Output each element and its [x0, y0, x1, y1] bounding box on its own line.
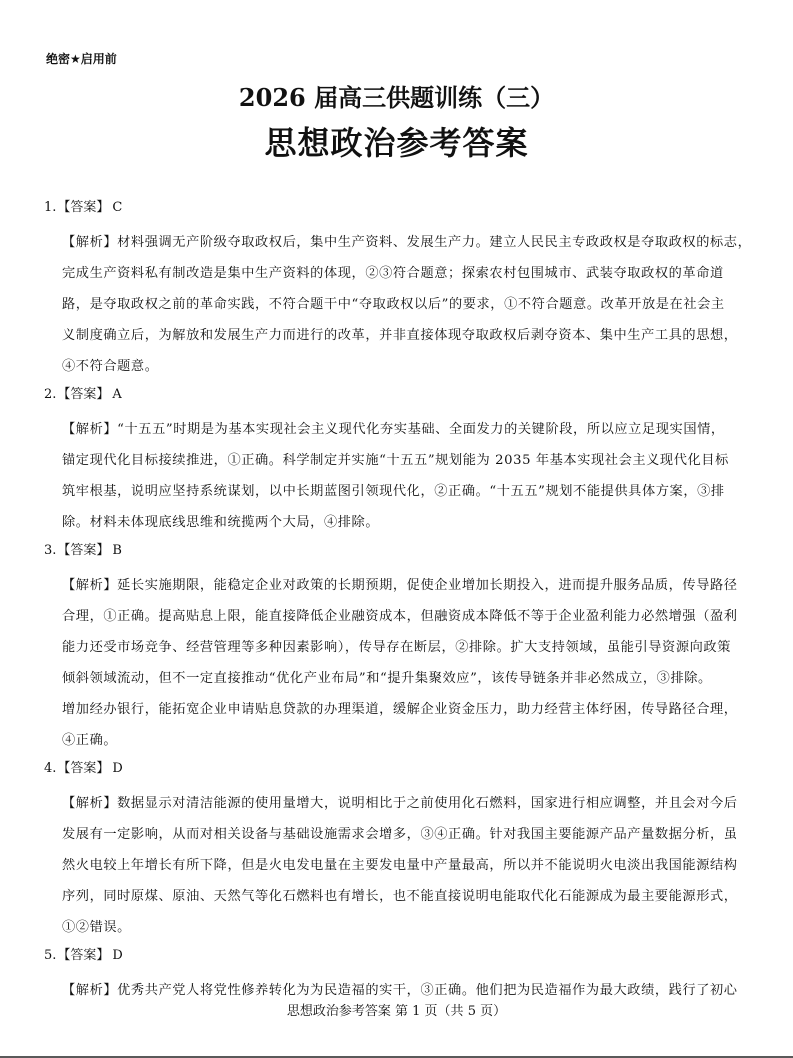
analysis-line: 锚定现代化目标接续推进，①正确。科学制定并实施“十五五”规划能为 2035 年基…: [62, 445, 751, 476]
question-item: 1.【答案】C 【解析】材料强调无产阶级夺取政权后，集中生产资料、发展生产力。建…: [0, 195, 793, 382]
analysis-line: 发展有一定影响，从而对相关设备与基础设施需求会增多，③④正确。针对我国主要能源产…: [62, 819, 751, 850]
question-number: 1.: [44, 200, 56, 215]
analysis-text: 【解析】“十五五”时期是为基本实现社会主义现代化夯实基础、全面发力的关键阶段，所…: [0, 414, 793, 538]
question-answer-header: 2.【答案】A: [0, 382, 793, 414]
answer-label: 【答案】: [57, 948, 109, 963]
analysis-line: 【解析】“十五五”时期是为基本实现社会主义现代化夯实基础、全面发力的关键阶段，所…: [62, 414, 751, 445]
question-answer-header: 5.【答案】D: [0, 943, 793, 975]
analysis-line: 完成生产资料私有制改造是集中生产资料的体现，②③符合题意；探索农村包围城市、武装…: [62, 258, 751, 289]
analysis-line: 【解析】材料强调无产阶级夺取政权后，集中生产资料、发展生产力。建立人民民主专政政…: [62, 227, 751, 258]
document-title: 2026 届高三供题训练（三）: [0, 78, 793, 113]
document-subtitle: 思想政治参考答案: [0, 118, 793, 164]
question-number: 5.: [44, 948, 56, 963]
analysis-line: 增加经办银行，能拓宽企业申请贴息贷款的办理渠道，缓解企业资金压力，助力经营主体纾…: [62, 694, 751, 725]
analysis-line: 倾斜领域流动，但不一定直接推动“优化产业布局”和“提升集聚效应”，该传导链条并非…: [62, 663, 751, 694]
question-item: 5.【答案】D 【解析】优秀共产党人将党性修养转化为为民造福的实干，③正确。他们…: [0, 943, 793, 1006]
analysis-line: ④不符合题意。: [62, 351, 751, 382]
analysis-line: 筑牢根基，说明应坚持系统谋划，以中长期蓝图引领现代化，②正确。“十五五”规划不能…: [62, 476, 751, 507]
analysis-text: 【解析】延长实施期限，能稳定企业对政策的长期预期，促使企业增加长期投入，进而提升…: [0, 570, 793, 756]
answer-choice: D: [112, 761, 122, 776]
analysis-line: 除。材料未体现底线思维和统揽两个大局，④排除。: [62, 507, 751, 538]
answer-choice: C: [112, 200, 122, 215]
document-page: 绝密★启用前 2026 届高三供题训练（三） 思想政治参考答案 1.【答案】C …: [0, 0, 793, 1056]
page-footer: 思想政治参考答案 第 1 页（共 5 页）: [0, 1000, 793, 1019]
answer-list: 1.【答案】C 【解析】材料强调无产阶级夺取政权后，集中生产资料、发展生产力。建…: [0, 195, 793, 1006]
answer-choice: A: [112, 387, 121, 402]
analysis-line: ④正确。: [62, 725, 751, 756]
answer-choice: B: [112, 543, 122, 558]
analysis-line: 序列，同时原煤、原油、天然气等化石燃料也有增长，也不能直接说明电能取代化石能源成…: [62, 881, 751, 912]
question-item: 2.【答案】A 【解析】“十五五”时期是为基本实现社会主义现代化夯实基础、全面发…: [0, 382, 793, 538]
answer-label: 【答案】: [57, 543, 109, 558]
answer-label: 【答案】: [57, 761, 109, 776]
confidential-mark: 绝密★启用前: [46, 50, 117, 67]
analysis-text: 【解析】数据显示对清洁能源的使用量增大，说明相比于之前使用化石燃料，国家进行相应…: [0, 788, 793, 943]
analysis-text: 【解析】材料强调无产阶级夺取政权后，集中生产资料、发展生产力。建立人民民主专政政…: [0, 227, 793, 382]
question-answer-header: 3.【答案】B: [0, 538, 793, 570]
analysis-line: 【解析】数据显示对清洁能源的使用量增大，说明相比于之前使用化石燃料，国家进行相应…: [62, 788, 751, 819]
answer-label: 【答案】: [57, 387, 109, 402]
analysis-line: 然火电较上年增长有所下降，但是火电发电量在主要发电量中产量最高，所以并不能说明火…: [62, 850, 751, 881]
question-number: 3.: [44, 543, 56, 558]
analysis-line: 【解析】延长实施期限，能稳定企业对政策的长期预期，促使企业增加长期投入，进而提升…: [62, 570, 751, 601]
question-number: 4.: [44, 761, 56, 776]
analysis-line: 路，是夺取政权之前的革命实践，不符合题干中“夺取政权以后”的要求，①不符合题意。…: [62, 289, 751, 320]
question-answer-header: 1.【答案】C: [0, 195, 793, 227]
question-item: 3.【答案】B 【解析】延长实施期限，能稳定企业对政策的长期预期，促使企业增加长…: [0, 538, 793, 756]
question-answer-header: 4.【答案】D: [0, 756, 793, 788]
question-number: 2.: [44, 387, 56, 402]
analysis-line: 义制度确立后，为解放和发展生产力而进行的改革，并非直接体现夺取政权后剥夺资本、集…: [62, 320, 751, 351]
answer-choice: D: [112, 948, 122, 963]
analysis-line: 能力还受市场竞争、经营管理等多种因素影响），传导存在断层，②排除。扩大支持领域，…: [62, 632, 751, 663]
analysis-line: ①②错误。: [62, 912, 751, 943]
analysis-line: 合理，①正确。提高贴息上限，能直接降低企业融资成本，但融资成本降低不等于企业盈利…: [62, 601, 751, 632]
answer-label: 【答案】: [57, 200, 109, 215]
question-item: 4.【答案】D 【解析】数据显示对清洁能源的使用量增大，说明相比于之前使用化石燃…: [0, 756, 793, 943]
